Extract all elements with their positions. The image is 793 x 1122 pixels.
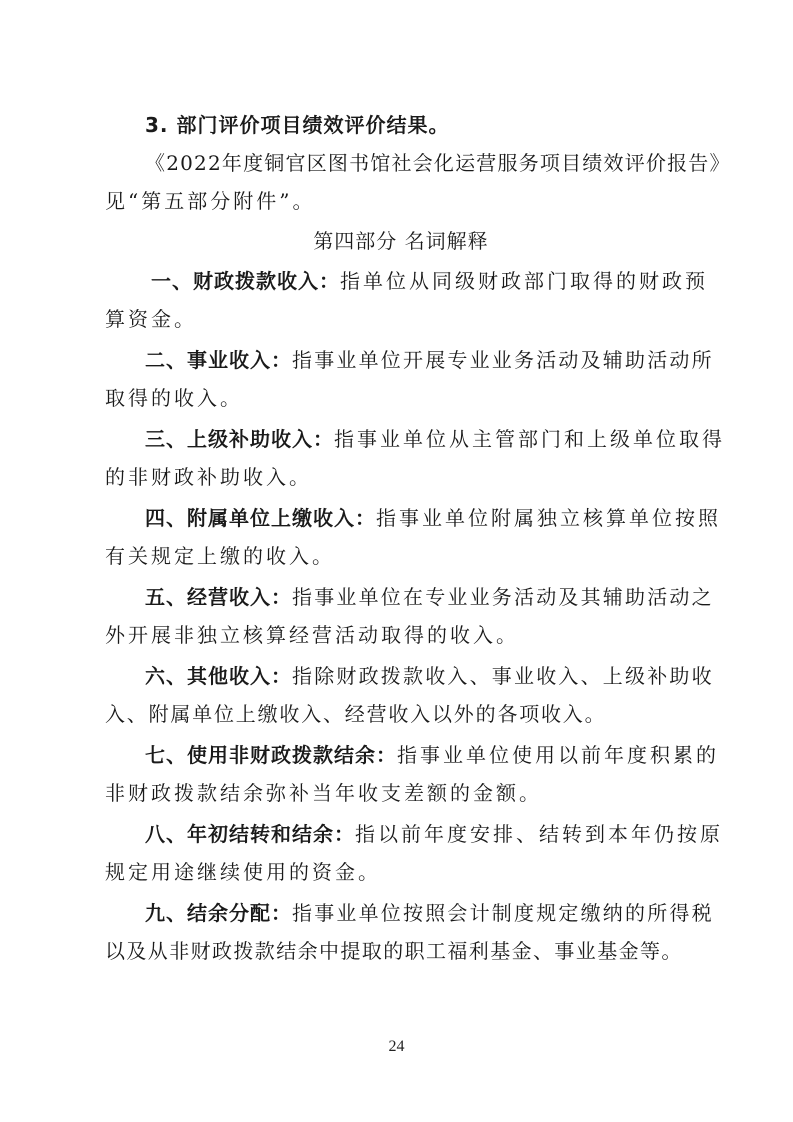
term-definition-continued: 的非财政补助收入。 <box>105 458 697 496</box>
term-definition: 指事业单位使用以前年度积累的 <box>397 743 719 767</box>
term-definition: 指事业单位开展专业业务活动及辅助活动所 <box>292 348 714 372</box>
term-line: 五、经营收入：指事业单位在专业业务活动及其辅助活动之 <box>105 578 697 616</box>
term-item-9: 九、结余分配：指事业单位按照会计制度规定缴纳的所得税 以及从非财政拨款结余中提取… <box>105 894 697 970</box>
term-definition-continued: 入、附属单位上缴收入、经营收入以外的各项收入。 <box>105 695 697 733</box>
term-label: 二、事业收入： <box>145 348 292 372</box>
term-definition: 指除财政拨款收入、事业收入、上级补助收 <box>292 664 714 688</box>
term-definition: 指单位从同级财政部门取得的财政预 <box>340 269 708 293</box>
page-number: 24 <box>0 1038 793 1056</box>
term-item-3: 三、上级补助收入：指事业单位从主管部门和上级单位取得 的非财政补助收入。 <box>105 420 697 496</box>
term-line: 一、财政拨款收入：指单位从同级财政部门取得的财政预 <box>105 262 697 300</box>
section-3-body-line-1: 《2022年度铜官区图书馆社会化运营服务项目绩效评价报告》 <box>105 144 697 182</box>
term-label: 五、经营收入： <box>145 585 292 609</box>
term-item-8: 八、年初结转和结余：指以前年度安排、结转到本年仍按原 规定用途继续使用的资金。 <box>105 815 697 891</box>
term-definition: 指事业单位附属独立核算单位按照 <box>376 506 721 530</box>
document-page: 3. 部门评价项目绩效评价结果。 《2022年度铜官区图书馆社会化运营服务项目绩… <box>105 106 697 973</box>
term-definition: 指事业单位从主管部门和上级单位取得 <box>334 427 725 451</box>
section-3-title: 3. 部门评价项目绩效评价结果。 <box>105 106 697 144</box>
term-label: 七、使用非财政拨款结余： <box>145 743 397 767</box>
term-definition-continued: 规定用途继续使用的资金。 <box>105 853 697 891</box>
term-label: 八、年初结转和结余： <box>145 822 355 846</box>
term-line: 二、事业收入：指事业单位开展专业业务活动及辅助活动所 <box>105 341 697 379</box>
term-line: 八、年初结转和结余：指以前年度安排、结转到本年仍按原 <box>105 815 697 853</box>
term-label: 九、结余分配： <box>145 901 292 925</box>
term-label: 三、上级补助收入： <box>145 427 334 451</box>
term-item-7: 七、使用非财政拨款结余：指事业单位使用以前年度积累的 非财政拨款结余弥补当年收支… <box>105 736 697 812</box>
term-line: 四、附属单位上缴收入：指事业单位附属独立核算单位按照 <box>105 499 697 537</box>
term-label: 四、附属单位上缴收入： <box>145 506 376 530</box>
term-line: 九、结余分配：指事业单位按照会计制度规定缴纳的所得税 <box>105 894 697 932</box>
term-definition: 指以前年度安排、结转到本年仍按原 <box>355 822 723 846</box>
term-line: 七、使用非财政拨款结余：指事业单位使用以前年度积累的 <box>105 736 697 774</box>
term-definition-continued: 算资金。 <box>105 300 697 338</box>
term-item-4: 四、附属单位上缴收入：指事业单位附属独立核算单位按照 有关规定上缴的收入。 <box>105 499 697 575</box>
term-line: 三、上级补助收入：指事业单位从主管部门和上级单位取得 <box>105 420 697 458</box>
term-definition-continued: 有关规定上缴的收入。 <box>105 537 697 575</box>
term-line: 六、其他收入：指除财政拨款收入、事业收入、上级补助收 <box>105 657 697 695</box>
term-definition-continued: 取得的收入。 <box>105 379 697 417</box>
term-item-1: 一、财政拨款收入：指单位从同级财政部门取得的财政预 算资金。 <box>105 262 697 338</box>
part-4-heading: 第四部分 名词解释 <box>105 222 697 260</box>
term-label: 六、其他收入： <box>145 664 292 688</box>
term-definition-continued: 以及从非财政拨款结余中提取的职工福利基金、事业基金等。 <box>105 932 697 970</box>
term-item-6: 六、其他收入：指除财政拨款收入、事业收入、上级补助收 入、附属单位上缴收入、经营… <box>105 657 697 733</box>
term-definition: 指事业单位按照会计制度规定缴纳的所得税 <box>292 901 714 925</box>
term-definition-continued: 外开展非独立核算经营活动取得的收入。 <box>105 616 697 654</box>
term-item-5: 五、经营收入：指事业单位在专业业务活动及其辅助活动之 外开展非独立核算经营活动取… <box>105 578 697 654</box>
term-definition-continued: 非财政拨款结余弥补当年收支差额的金额。 <box>105 774 697 812</box>
term-definition: 指事业单位在专业业务活动及其辅助活动之 <box>292 585 714 609</box>
section-3-body-line-2: 见“第五部分附件”。 <box>105 182 697 220</box>
term-label: 一、财政拨款收入： <box>151 269 340 293</box>
term-item-2: 二、事业收入：指事业单位开展专业业务活动及辅助活动所 取得的收入。 <box>105 341 697 417</box>
